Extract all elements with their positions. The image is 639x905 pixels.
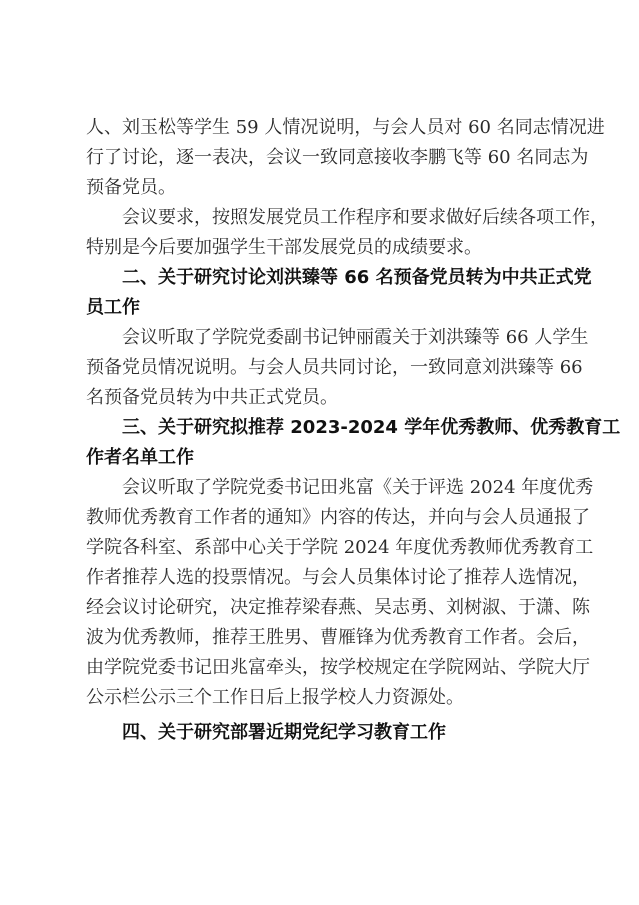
body-text-line: 公示栏公示三个工作日后上报学校人力资源处。 <box>86 683 558 713</box>
section-heading-2: 二、关于研究讨论刘洪臻等 66 名预备党员转为中共正式党 <box>122 263 558 293</box>
body-text-line: 名预备党员转为中共正式党员。 <box>86 383 558 413</box>
body-text-line: 人、刘玉松等学生 59 人情况说明，与会人员对 60 名同志情况进 <box>86 113 558 143</box>
body-text-line: 预备党员情况说明。与会人员共同讨论，一致同意刘洪臻等 66 <box>86 353 558 383</box>
section-heading-3-cont: 作者名单工作 <box>86 443 558 473</box>
body-text-line: 会议听取了学院党委书记田兆富《关于评选 2024 年度优秀 <box>122 473 558 503</box>
section-heading-3: 三、关于研究拟推荐 2023-2024 学年优秀教师、优秀教育工 <box>122 413 558 443</box>
section-heading-2-cont: 员工作 <box>86 293 558 323</box>
body-text-line: 经会议讨论研究，决定推荐梁春燕、吴志勇、刘树淑、于潇、陈 <box>86 593 558 623</box>
body-text-line: 由学院党委书记田兆富牵头，按学校规定在学院网站、学院大厅 <box>86 653 558 683</box>
body-text-line: 特别是今后要加强学生干部发展党员的成绩要求。 <box>86 233 558 263</box>
section-heading-4: 四、关于研究部署近期党纪学习教育工作 <box>122 718 558 748</box>
body-text-line: 波为优秀教师，推荐王胜男、曹雁锋为优秀教育工作者。会后， <box>86 623 558 653</box>
document-page: 人、刘玉松等学生 59 人情况说明，与会人员对 60 名同志情况进 行了讨论，逐… <box>0 0 639 905</box>
body-text-line: 预备党员。 <box>86 173 558 203</box>
body-text-line: 会议要求，按照发展党员工作程序和要求做好后续各项工作， <box>122 203 558 233</box>
body-text-line: 行了讨论，逐一表决，会议一致同意接收李鹏飞等 60 名同志为 <box>86 143 558 173</box>
body-text-line: 学院各科室、系部中心关于学院 2024 年度优秀教师优秀教育工 <box>86 533 558 563</box>
body-text-line: 教师优秀教育工作者的通知》内容的传达，并向与会人员通报了 <box>86 503 558 533</box>
body-text-line: 会议听取了学院党委副书记钟丽霞关于刘洪臻等 66 人学生 <box>122 323 558 353</box>
body-text-line: 作者推荐人选的投票情况。与会人员集体讨论了推荐人选情况， <box>86 563 558 593</box>
